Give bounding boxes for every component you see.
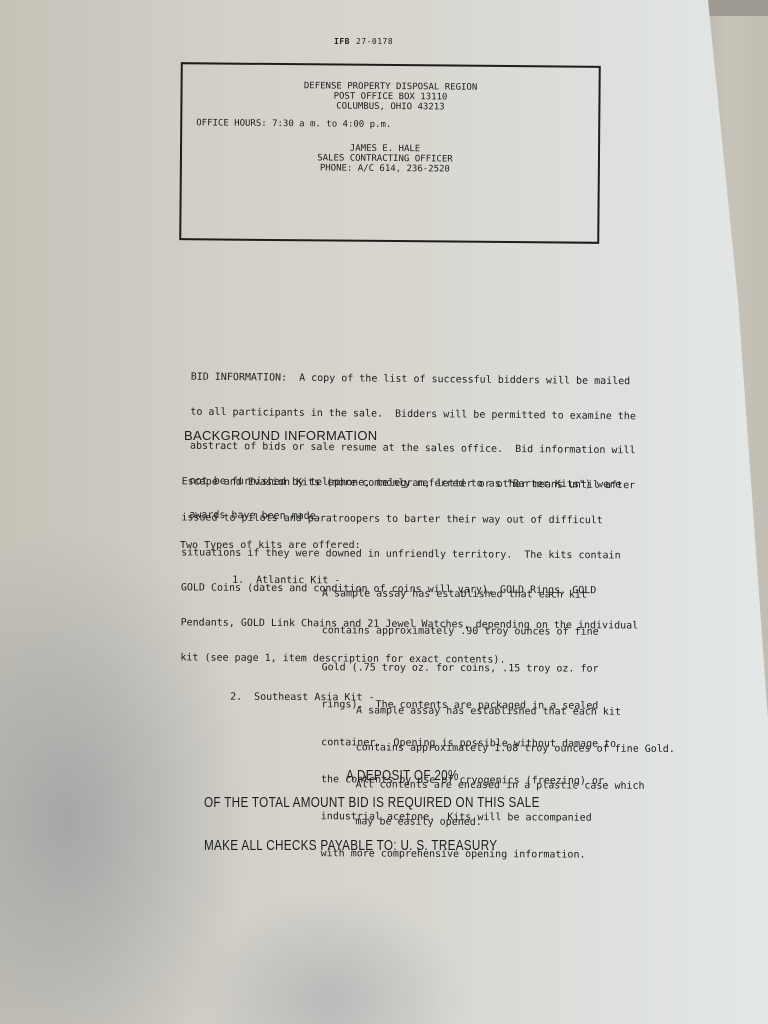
- text-line: BID INFORMATION: A copy of the list of s…: [191, 372, 641, 388]
- kit-item-atlantic: 1.Atlantic Kit - A sample assay has esta…: [208, 563, 341, 613]
- kit-item-southeast-asia: 2.Southeast Asia Kit - A sample assay ha…: [206, 680, 375, 731]
- text-line: contains approximately .90 troy ounces o…: [322, 625, 617, 639]
- text-line: A sample assay has established that each…: [356, 705, 675, 719]
- text-line: to all participants in the sale. Bidders…: [190, 406, 640, 422]
- deposit-heading: A DEPOSIT OF 20%: [346, 767, 459, 784]
- text-line: A sample assay has established that each…: [322, 588, 617, 602]
- document: IFB27-0178 DEFENSE PROPERTY DISPOSAL REG…: [0, 0, 768, 1024]
- text-line: issued to pilots and paratroopers to bar…: [181, 512, 651, 527]
- form-id-number: 27-0178: [356, 37, 393, 46]
- address-box: DEFENSE PROPERTY DISPOSAL REGION POST OF…: [179, 62, 601, 244]
- text-line: contains approximately 1.08 troy ounces …: [356, 742, 675, 756]
- office-hours: OFFICE HOURS: 7:30 a m. to 4:00 p.m.: [196, 118, 391, 130]
- kit-number: 2.: [230, 692, 254, 705]
- contact-block: JAMES E. HALE SALES CONTRACTING OFFICER …: [172, 142, 598, 176]
- text-line: Gold (.75 troy oz. for coins, .15 troy o…: [322, 662, 617, 676]
- kit-number: 1.: [232, 575, 256, 588]
- background-heading: BACKGROUND INFORMATION: [184, 428, 377, 443]
- deposit-requirement: OF THE TOTAL AMOUNT BID IS REQUIRED ON T…: [204, 794, 540, 811]
- organization-address: DEFENSE PROPERTY DISPOSAL REGION POST OF…: [182, 80, 598, 114]
- payment-instructions: MAKE ALL CHECKS PAYABLE TO: U. S. TREASU…: [204, 837, 497, 854]
- text-line: Escape and Evasion Kits (more commonly r…: [182, 477, 652, 492]
- form-id: IFB27-0178: [334, 37, 393, 46]
- form-id-prefix: IFB: [334, 37, 350, 46]
- kit-types-intro: Two Types of kits are offered:: [180, 540, 361, 551]
- text-line: may be easily opened.: [355, 817, 674, 831]
